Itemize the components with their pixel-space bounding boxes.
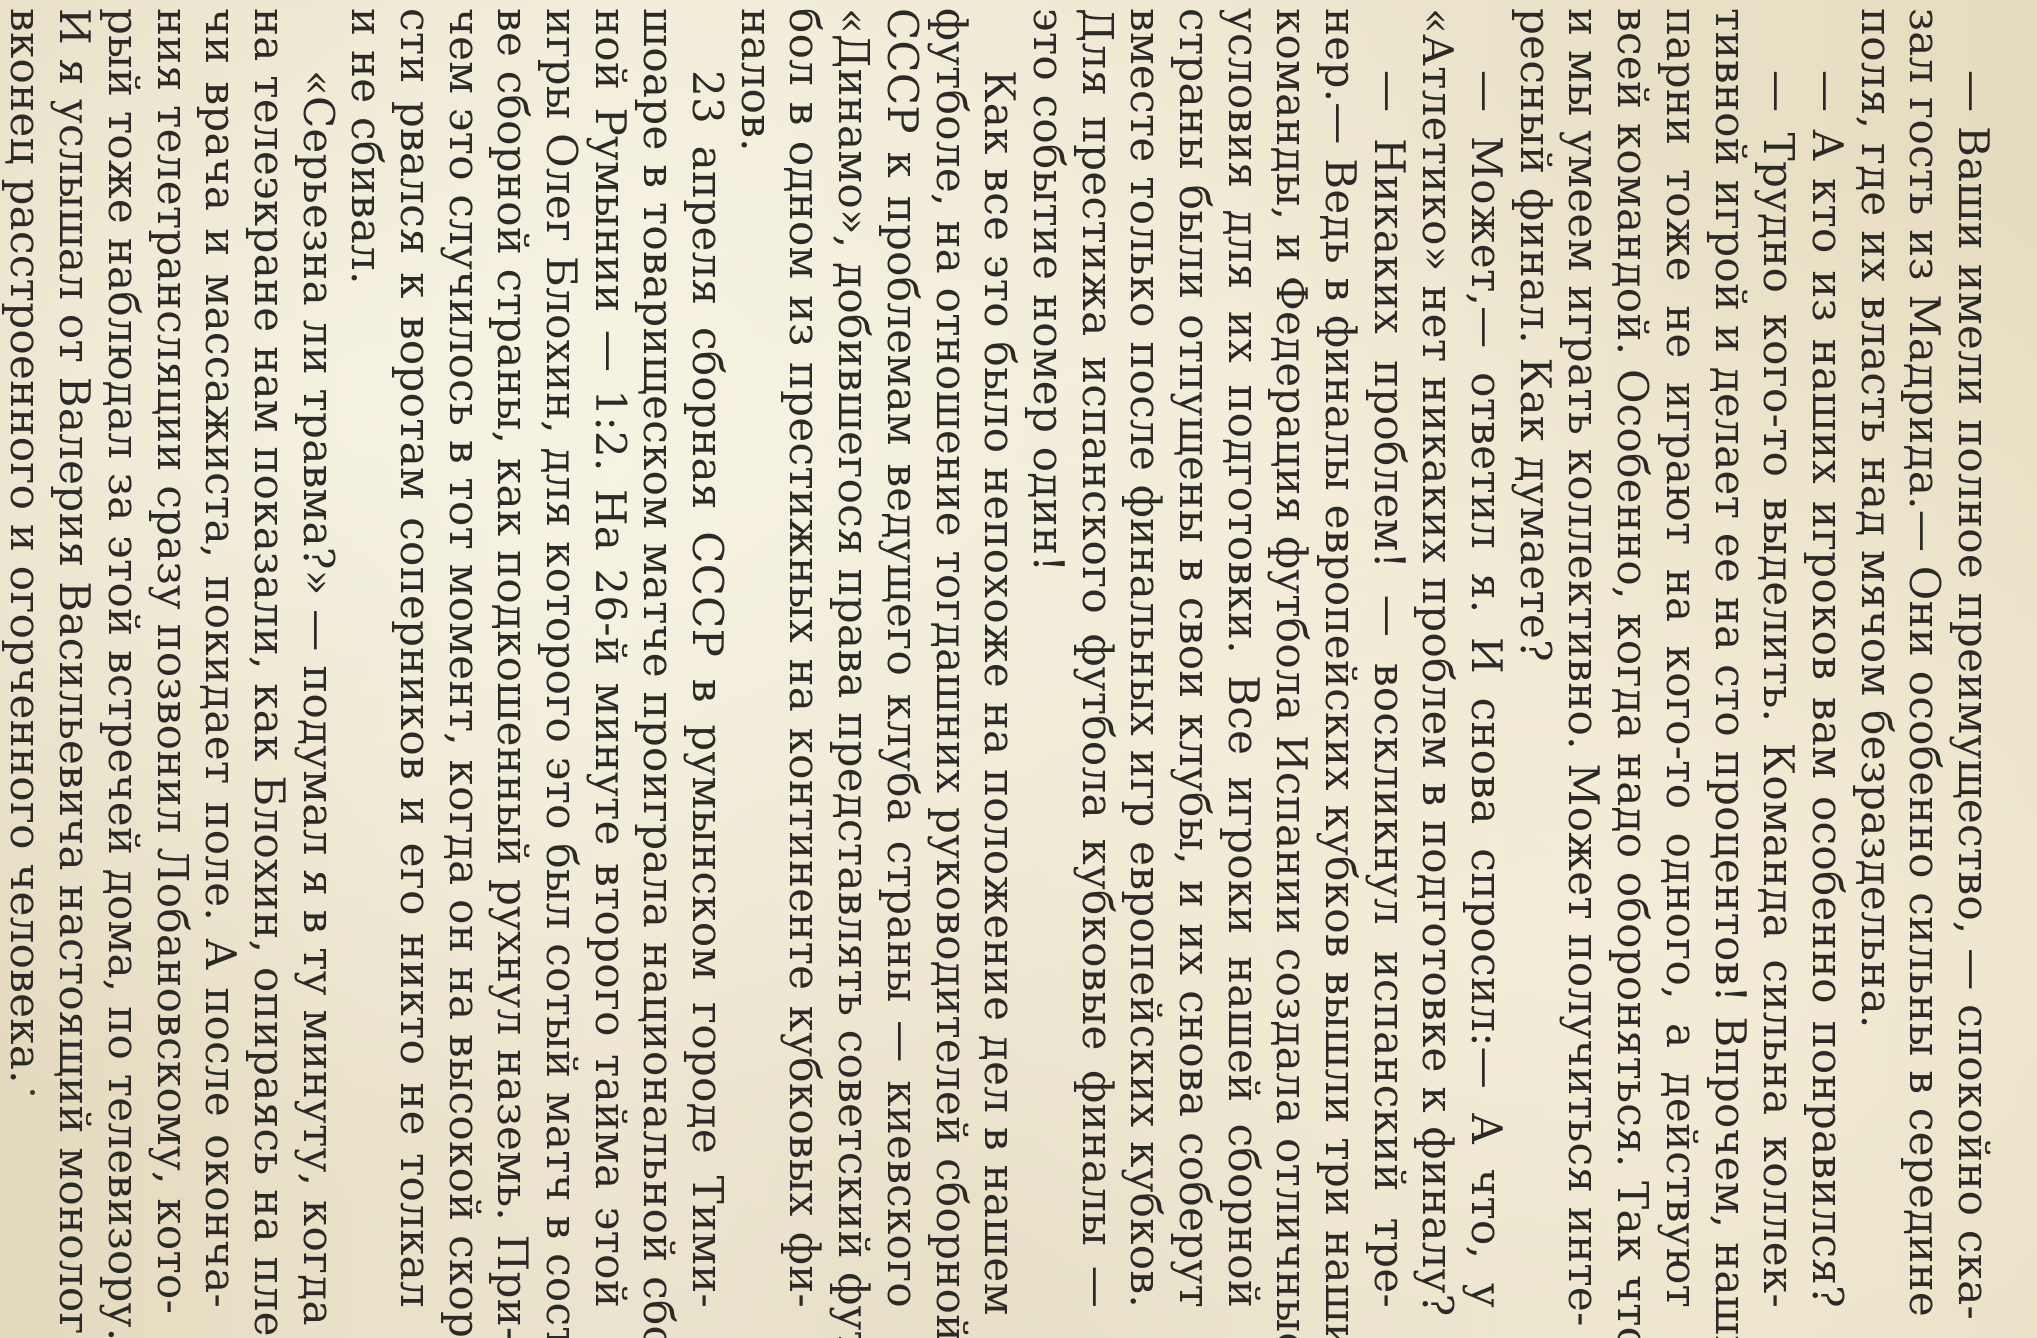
ink-speck [30,1090,35,1095]
text-line: ве сборной страны, как подкошенный рухну… [488,8,537,1308]
text-line: чем это случилось в тот момент, когда он… [439,8,488,1308]
text-line: на телеэкране нам показали, как Блохин, … [244,8,293,1308]
text-line: 23 апреля сборная СССР в румынском город… [682,8,731,1308]
text-line: поля, где их власть над мячом безраздель… [1851,8,1900,1308]
text-line: это событие номер один! [1023,8,1072,1308]
text-line: Как все это было непохоже на положение д… [975,8,1024,1308]
text-line: — То, что я видел, если судить по динами… [0,8,1,1308]
text-line: И я услышал от Валерия Васильевича насто… [50,8,99,1308]
text-line: — А кто из наших игроков вам особенно по… [1802,8,1851,1308]
text-line: «Серьезна ли травма?» — подумал я в ту м… [293,8,342,1308]
text-line: всей командой. Особенно, когда надо обор… [1608,8,1657,1308]
text-line: команды, и Федерация футбола Испании соз… [1267,8,1316,1308]
text-line: — Трудно кого-то выделить. Команда сильн… [1754,8,1803,1308]
text-line: и не сбивал. [342,8,391,1308]
text-line: зал гость из Мадрида.— Они особенно силь… [1900,8,1949,1308]
text-line: — Никаких проблем! — воскликнул испански… [1364,8,1413,1308]
text-line: бол в одном из престижных на континенте … [780,8,829,1308]
text-line: — Может,— ответил я. И снова спросил:— А… [1461,8,1510,1308]
text-line: шоаре в товарищеском матче проиграла нац… [634,8,683,1308]
text-line: тивной игрой и делает ее на сто проценто… [1705,8,1754,1308]
text-line: «Динамо», добившегося права представлять… [829,8,878,1308]
text-line: ния телетрансляции сразу позвонил Лобано… [147,8,196,1308]
text-line: и мы умеем играть коллективно. Может пол… [1559,8,1608,1308]
text-line: парни тоже не играют на кого-то одного, … [1656,8,1705,1308]
text-line: условия для их подготовки. Все игроки на… [1218,8,1267,1308]
text-line: сти рвался к воротам соперников и его ни… [390,8,439,1308]
text-line: Для престижа испанского футбола кубковые… [1072,8,1121,1308]
body-text: — Ваши имели полное преимущество, — спок… [0,8,1997,1308]
text-line: страны были отпущены в свои клубы, и их … [1169,8,1218,1308]
text-line: игры Олег Блохин, для которого это был с… [536,8,585,1308]
text-line: нер.— Ведь в финалы европейских кубков в… [1315,8,1364,1308]
text-line: вместе только после финальных игр европе… [1121,8,1170,1308]
text-line: СССР к проблемам ведущего клуба страны —… [877,8,926,1308]
book-page: — Ваши имели полное преимущество, — спок… [0,0,2037,1338]
text-line: футболе, на отношение тогдашних руководи… [926,8,975,1308]
text-line: рый тоже наблюдал за этой встречей дома,… [98,8,147,1308]
text-line: вконец расстроенного и огорченного челов… [1,8,50,1308]
text-line: ресный финал. Как думаете? [1510,8,1559,1308]
text-line: — Ваши имели полное преимущество, — спок… [1948,8,1997,1308]
text-line: ной Румынии — 1:2. На 26-й минуте второг… [585,8,634,1308]
text-line: чи врача и массажиста, покидает поле. А … [196,8,245,1308]
text-line: налов. [731,8,780,1308]
text-line: «Атлетико» нет никаких проблем в подгото… [1413,8,1462,1308]
